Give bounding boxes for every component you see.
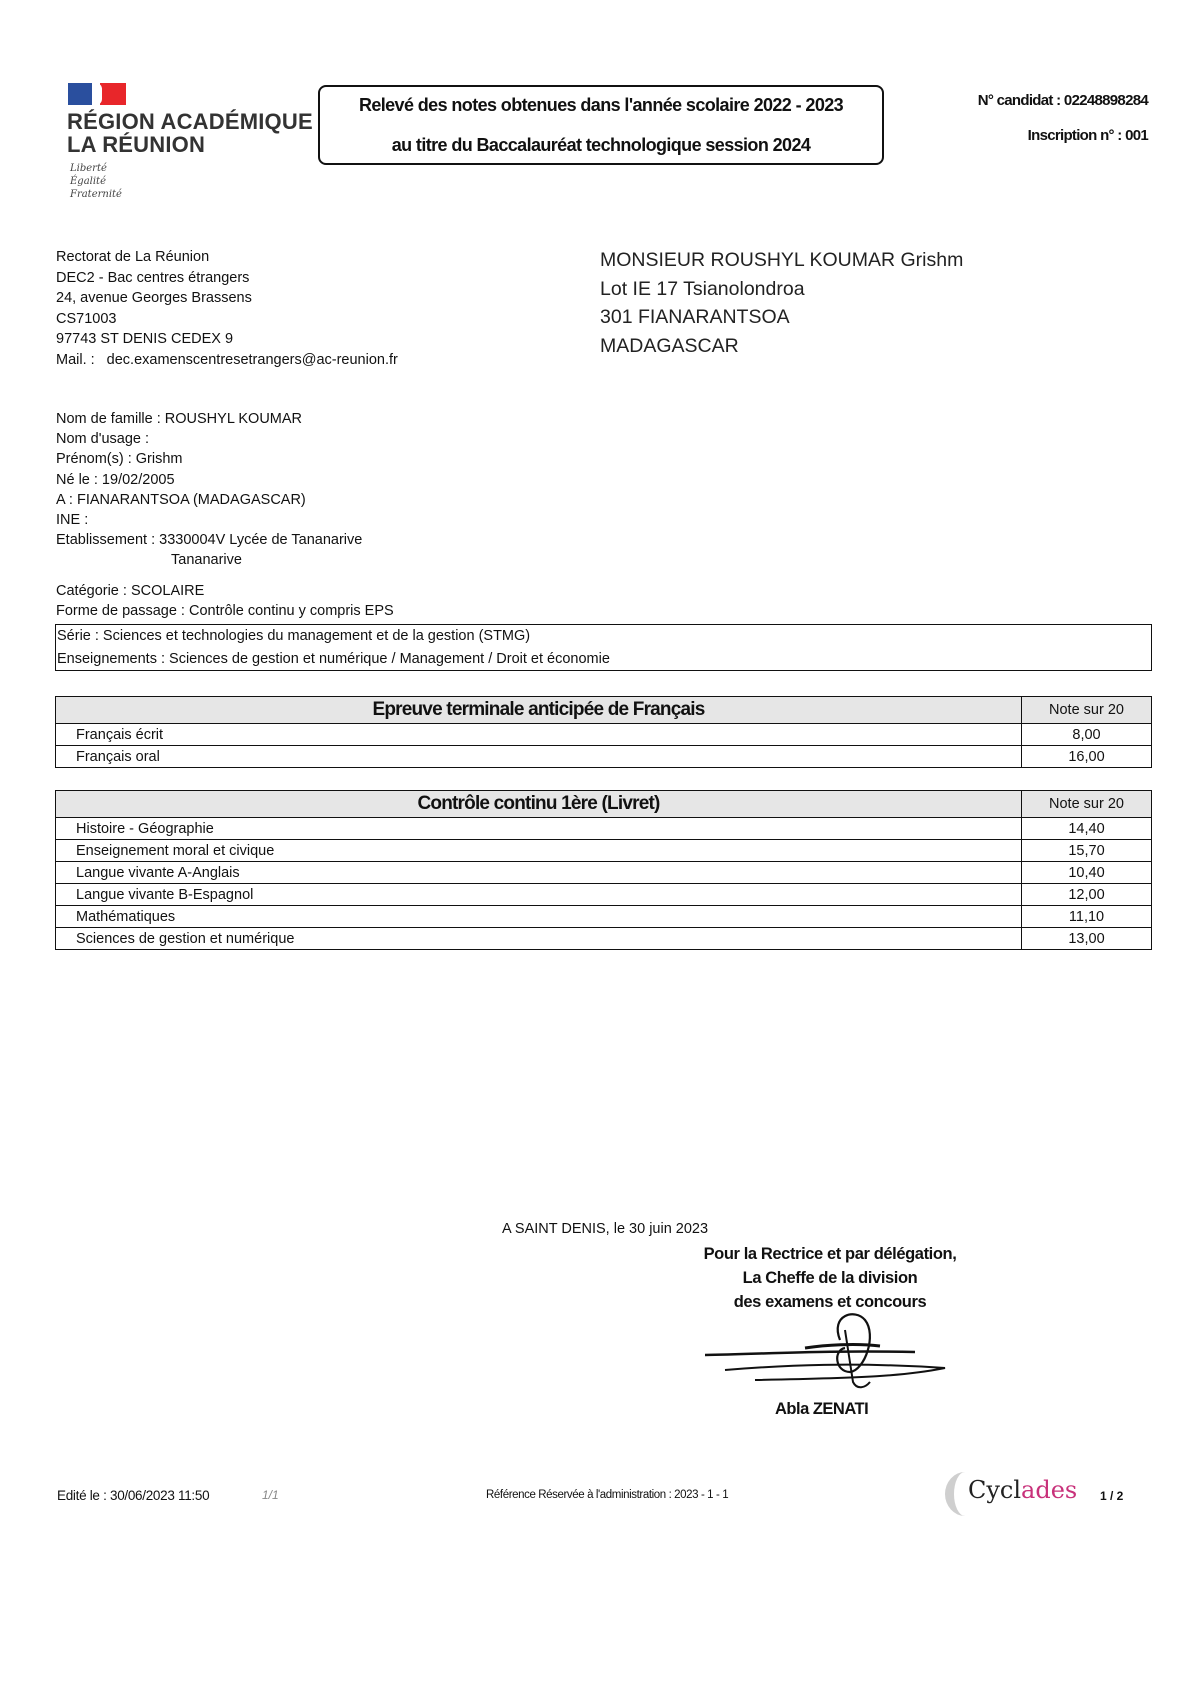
- date-naissance: Né le : 19/02/2005: [56, 470, 362, 490]
- sender-mail-row: Mail. :dec.examenscentresetrangers@ac-re…: [56, 350, 398, 371]
- brand-part2: ades: [1021, 1476, 1077, 1504]
- table-row: Mathématiques 11,10: [56, 906, 1152, 928]
- table-title: Epreuve terminale anticipée de Français: [56, 697, 1022, 724]
- grades-table-francais: Epreuve terminale anticipée de Français …: [55, 696, 1152, 768]
- subject-cell: Français écrit: [56, 724, 1022, 746]
- subject-cell: Enseignement moral et civique: [56, 840, 1022, 862]
- lieu-naissance: A : FIANARANTSOA (MADAGASCAR): [56, 490, 362, 510]
- motto-liberte: Liberté: [70, 162, 122, 175]
- signer-name: Abla ZENATI: [775, 1400, 868, 1419]
- region-name-line2: LA RÉUNION: [67, 133, 313, 156]
- note-cell: 16,00: [1022, 746, 1152, 768]
- subject-cell: Langue vivante B-Espagnol: [56, 884, 1022, 906]
- note-cell: 14,40: [1022, 818, 1152, 840]
- sender-line: Rectorat de La Réunion: [56, 247, 398, 268]
- handwritten-signature-icon: [705, 1310, 955, 1400]
- recipient-line: Lot IE 17 Tsianolondroa: [600, 275, 963, 304]
- brand-part1: Cycl: [968, 1476, 1021, 1504]
- enseignements: Enseignements : Sciences de gestion et n…: [57, 648, 1151, 671]
- table-row: Histoire - Géographie 14,40: [56, 818, 1152, 840]
- marianne-flag-icon: [68, 83, 126, 105]
- note-column-header: Note sur 20: [1022, 697, 1152, 724]
- serie: Série : Sciences et technologies du mana…: [57, 625, 1151, 648]
- grades-table-controle-continu: Contrôle continu 1ère (Livret) Note sur …: [55, 790, 1152, 950]
- note-cell: 8,00: [1022, 724, 1152, 746]
- subject-cell: Histoire - Géographie: [56, 818, 1022, 840]
- edited-date: Edité le : 30/06/2023 11:50: [57, 1488, 209, 1503]
- table-title: Contrôle continu 1ère (Livret): [56, 791, 1022, 818]
- etablissement: Etablissement : 3330004V Lycée de Tanana…: [56, 530, 362, 550]
- page-number: 1 / 2: [1100, 1489, 1123, 1503]
- page-fraction: 1/1: [262, 1488, 279, 1502]
- recipient-address: MONSIEUR ROUSHYL KOUMAR Grishm Lot IE 17…: [600, 246, 963, 360]
- mail-address-link[interactable]: dec.examenscentresetrangers@ac-reunion.f…: [107, 352, 398, 368]
- signature-title-line: Pour la Rectrice et par délégation,: [640, 1242, 1020, 1266]
- document-title-line2: au titre du Baccalauréat technologique s…: [320, 135, 882, 156]
- sender-line: DEC2 - Bac centres étrangers: [56, 268, 398, 289]
- subject-cell: Français oral: [56, 746, 1022, 768]
- region-academique-logo: RÉGION ACADÉMIQUE LA RÉUNION: [67, 110, 313, 156]
- note-column-header: Note sur 20: [1022, 791, 1152, 818]
- note-cell: 10,40: [1022, 862, 1152, 884]
- subject-cell: Sciences de gestion et numérique: [56, 928, 1022, 950]
- recipient-line: 301 FIANARANTSOA: [600, 303, 963, 332]
- recipient-line: MONSIEUR ROUSHYL KOUMAR Grishm: [600, 246, 963, 275]
- region-name-line1: RÉGION ACADÉMIQUE: [67, 110, 313, 133]
- subject-cell: Mathématiques: [56, 906, 1022, 928]
- prenoms: Prénom(s) : Grishm: [56, 449, 362, 469]
- subject-cell: Langue vivante A-Anglais: [56, 862, 1022, 884]
- note-cell: 15,70: [1022, 840, 1152, 862]
- ine: INE :: [56, 510, 362, 530]
- forme-passage: Forme de passage : Contrôle continu y co…: [56, 601, 394, 621]
- category-info: Catégorie : SCOLAIRE Forme de passage : …: [56, 581, 394, 621]
- cyclades-logo: Cyclades: [945, 1470, 1085, 1518]
- document-title-box: Relevé des notes obtenues dans l'année s…: [318, 85, 884, 165]
- table-row: Enseignement moral et civique 15,70: [56, 840, 1152, 862]
- serie-box: Série : Sciences et technologies du mana…: [55, 624, 1152, 671]
- recipient-line: MADAGASCAR: [600, 332, 963, 361]
- cyclades-wordmark: Cyclades: [968, 1476, 1077, 1504]
- mail-label: Mail. :: [56, 352, 95, 368]
- administration-reference: Référence Réservée à l'administration : …: [486, 1489, 728, 1501]
- place-date: A SAINT DENIS, le 30 juin 2023: [502, 1221, 708, 1237]
- sender-line: 97743 ST DENIS CEDEX 9: [56, 329, 398, 350]
- motto-egalite: Égalité: [70, 175, 122, 188]
- table-row: Langue vivante A-Anglais 10,40: [56, 862, 1152, 884]
- candidate-number: N° candidat : 02248898284: [978, 92, 1148, 109]
- sender-address: Rectorat de La Réunion DEC2 - Bac centre…: [56, 247, 398, 370]
- note-cell: 11,10: [1022, 906, 1152, 928]
- note-cell: 13,00: [1022, 928, 1152, 950]
- table-row: Français oral 16,00: [56, 746, 1152, 768]
- note-cell: 12,00: [1022, 884, 1152, 906]
- table-row: Langue vivante B-Espagnol 12,00: [56, 884, 1152, 906]
- signature-title-line: La Cheffe de la division: [640, 1266, 1020, 1290]
- sender-line: 24, avenue Georges Brassens: [56, 288, 398, 309]
- table-row: Sciences de gestion et numérique 13,00: [56, 928, 1152, 950]
- categorie: Catégorie : SCOLAIRE: [56, 581, 394, 601]
- signature-title: Pour la Rectrice et par délégation, La C…: [640, 1242, 1020, 1314]
- table-row: Français écrit 8,00: [56, 724, 1152, 746]
- inscription-number: Inscription n° : 001: [1028, 127, 1148, 144]
- document-title-line1: Relevé des notes obtenues dans l'année s…: [320, 95, 882, 116]
- motto-fraternite: Fraternité: [70, 188, 122, 201]
- nom-famille: Nom de famille : ROUSHYL KOUMAR: [56, 409, 362, 429]
- republic-motto: Liberté Égalité Fraternité: [70, 162, 122, 201]
- candidate-identity: Nom de famille : ROUSHYL KOUMAR Nom d'us…: [56, 409, 362, 571]
- etablissement-ville: Tananarive: [56, 550, 362, 570]
- sender-line: CS71003: [56, 309, 398, 330]
- nom-usage: Nom d'usage :: [56, 429, 362, 449]
